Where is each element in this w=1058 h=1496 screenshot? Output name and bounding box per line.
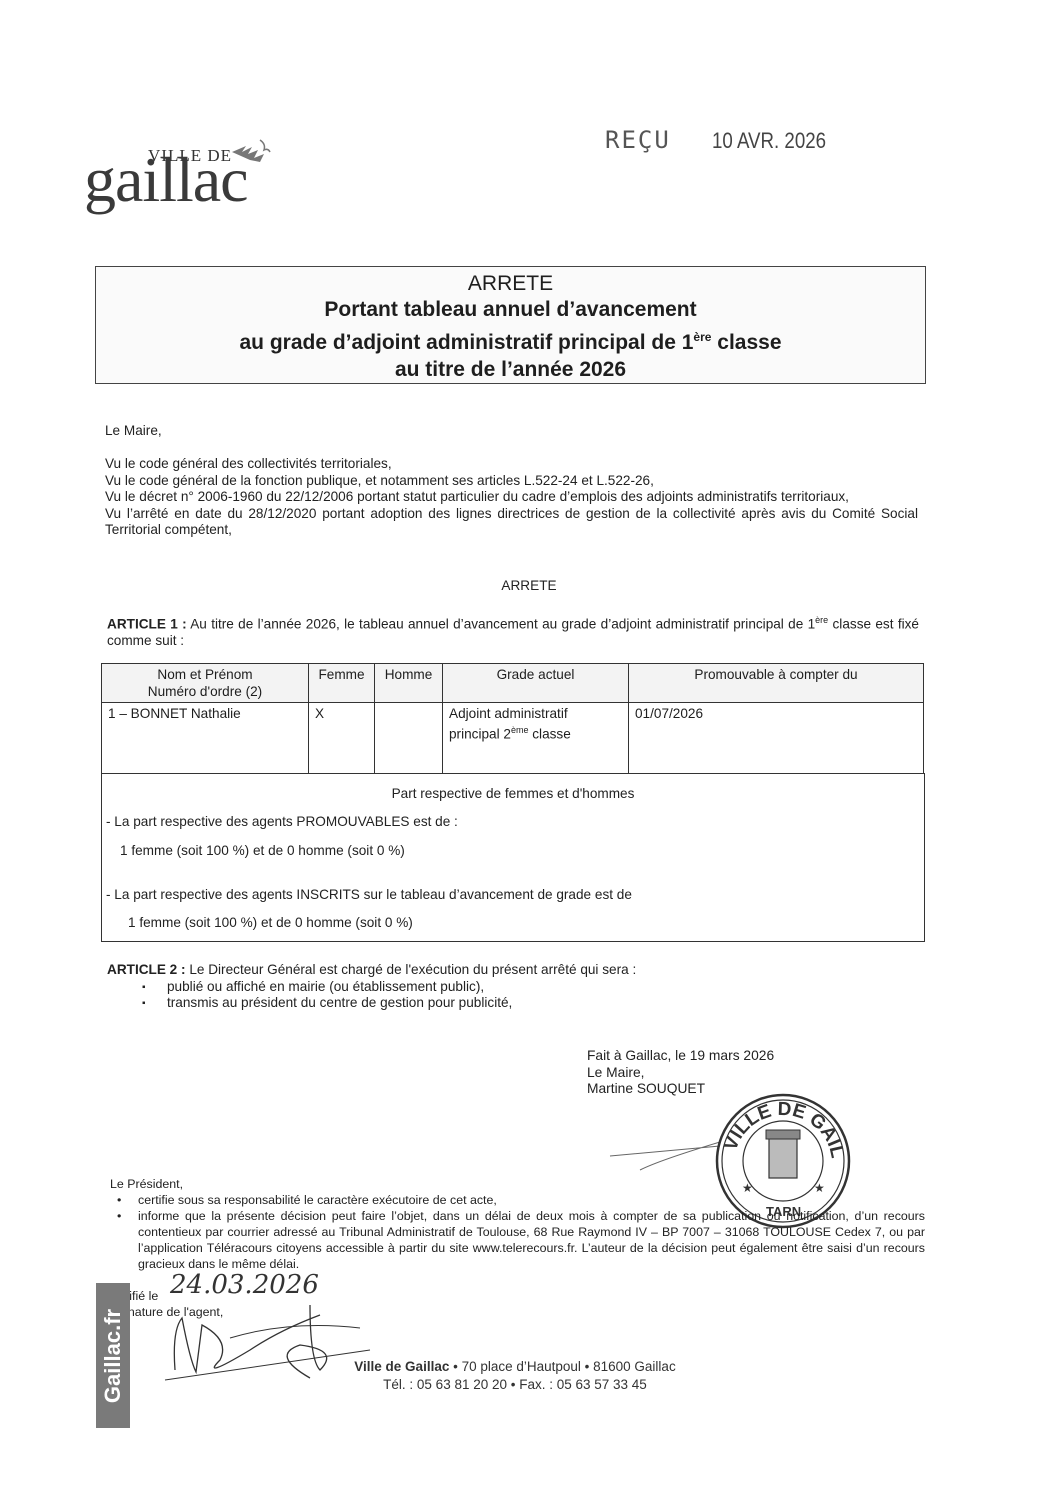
mayor-signature-block: Fait à Gaillac, le 19 mars 2026 Le Maire…: [587, 1048, 774, 1098]
article-1: ARTICLE 1 : Au titre de l’année 2026, le…: [107, 612, 919, 650]
notified-date-handwritten: 24.03.2026: [170, 1270, 319, 1300]
article-2: ARTICLE 2 : Le Directeur Général est cha…: [107, 962, 907, 1012]
president-heading: Le Président,: [110, 1176, 925, 1192]
footer-address: Ville de Gaillac • 70 place d’Hautpoul •…: [340, 1358, 690, 1376]
footer: Ville de Gaillac • 70 place d’Hautpoul •…: [340, 1358, 690, 1394]
advancement-table: Nom et Prénom Numéro d'ordre (2) Femme H…: [101, 663, 924, 774]
consideration: Vu l’arrêté en date du 28/12/2020 portan…: [105, 506, 918, 539]
consideration: Vu le code général de la fonction publiq…: [105, 473, 918, 490]
title-box: ARRETE Portant tableau annuel d’avanceme…: [95, 266, 926, 384]
brand-sidebar-text: Gaillac.fr: [100, 1308, 126, 1402]
received-stamp: REÇU: [605, 126, 671, 154]
cell-femme: X: [309, 703, 375, 774]
parity-inscrits-value: 1 femme (soit 100 %) et de 0 homme (soit…: [128, 915, 413, 932]
considerations: Vu le code général des collectivités ter…: [105, 456, 918, 539]
consideration: Vu le code général des collectivités ter…: [105, 456, 918, 473]
opening: Le Maire,: [105, 423, 162, 440]
title-line-4: au titre de l’année 2026: [96, 357, 925, 383]
col-femme: Femme: [309, 664, 375, 703]
parity-promouvables-label: - La part respective des agents PROMOUVA…: [106, 814, 458, 831]
title-line-2: Portant tableau annuel d’avancement: [96, 297, 925, 323]
received-date: 10 AVR. 2026: [712, 128, 826, 154]
cell-name: 1 – BONNET Nathalie: [102, 703, 309, 774]
parity-inscrits-label: - La part respective des agents INSCRITS…: [106, 887, 632, 904]
parity-heading: Part respective de femmes et d'hommes: [101, 786, 925, 803]
cell-date: 01/07/2026: [629, 703, 924, 774]
place-date: Fait à Gaillac, le 19 mars 2026: [587, 1048, 774, 1065]
title-line-3: au grade d’adjoint administratif princip…: [96, 324, 925, 356]
title-arrete: ARRETE: [96, 272, 925, 296]
brand-sidebar: Gaillac.fr: [96, 1283, 130, 1428]
consideration: Vu le décret n° 2006-1960 du 22/12/2006 …: [105, 489, 918, 506]
col-name: Nom et Prénom Numéro d'ordre (2): [102, 664, 309, 703]
col-grade: Grade actuel: [443, 664, 629, 703]
list-item: certifie sous sa responsabilité le carac…: [110, 1192, 925, 1208]
list-item: publié ou affiché en mairie (ou établiss…: [107, 979, 907, 996]
table-row: 1 – BONNET Nathalie X Adjoint administra…: [102, 703, 924, 774]
col-date: Promouvable à compter du: [629, 664, 924, 703]
decision-heading: ARRETE: [0, 578, 1058, 595]
mayor-role: Le Maire,: [587, 1065, 774, 1082]
list-item: informe que la présente décision peut fa…: [110, 1208, 925, 1272]
footer-contact: Tél. : 05 63 81 20 20 • Fax. : 05 63 57 …: [340, 1376, 690, 1394]
parity-promouvables-value: 1 femme (soit 100 %) et de 0 homme (soit…: [120, 843, 405, 860]
col-homme: Homme: [375, 664, 443, 703]
list-item: transmis au président du centre de gesti…: [107, 995, 907, 1012]
cell-homme: [375, 703, 443, 774]
logo-name: gaillac: [84, 148, 248, 212]
cell-grade: Adjoint administratif principal 2ème cla…: [443, 703, 629, 774]
president-block: Le Président, certifie sous sa responsab…: [110, 1176, 925, 1272]
table-header-row: Nom et Prénom Numéro d'ordre (2) Femme H…: [102, 664, 924, 703]
